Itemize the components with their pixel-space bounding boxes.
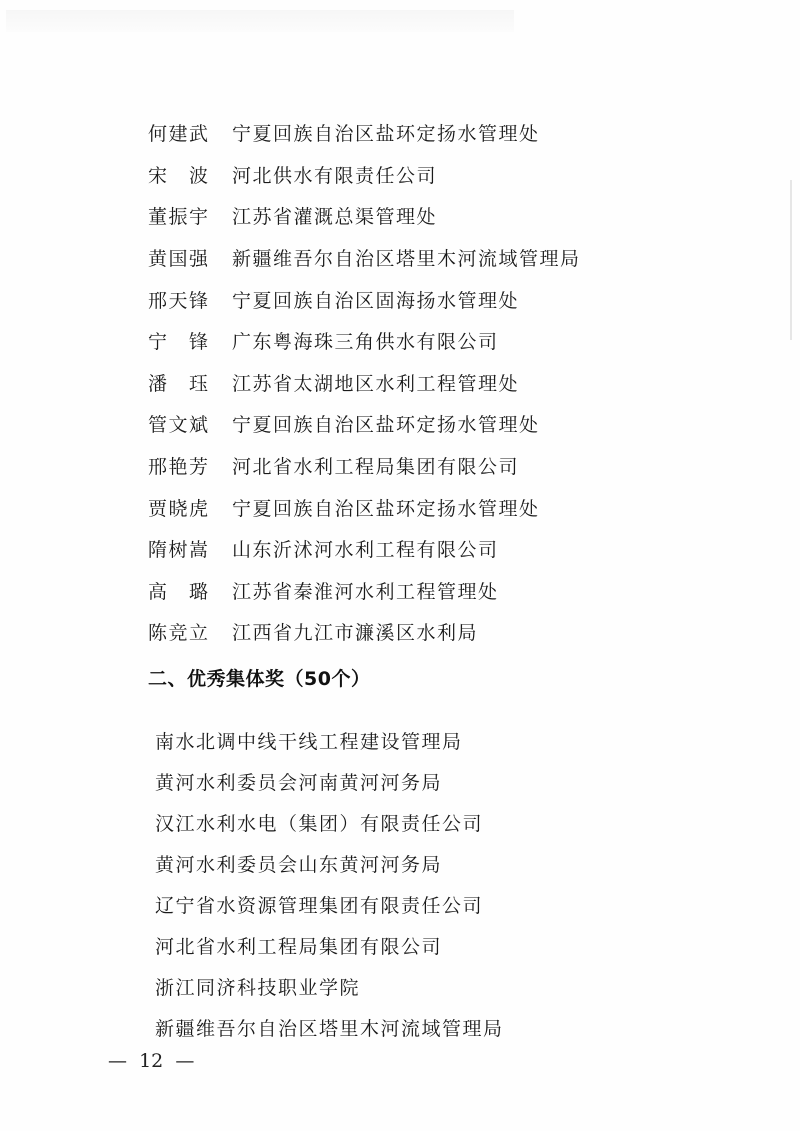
page-number: — 12 — — [108, 1050, 194, 1072]
person-name: 邢艳芳 — [148, 452, 232, 479]
person-organization: 山东沂沭河水利工程有限公司 — [232, 535, 499, 562]
list-item: 南水北调中线干线工程建设管理局 — [155, 720, 715, 761]
list-item: 黄河水利委员会河南黄河河务局 — [155, 761, 715, 802]
person-name: 管文斌 — [148, 410, 232, 437]
person-organization: 江苏省秦淮河水利工程管理处 — [232, 577, 499, 604]
person-organization: 宁夏回族自治区盐环定扬水管理处 — [232, 494, 540, 521]
person-organization: 新疆维吾尔自治区塔里木河流域管理局 — [232, 244, 581, 271]
person-name: 黄国强 — [148, 244, 232, 271]
list-item: 宋 波 河北供水有限责任公司 — [148, 154, 708, 196]
person-name: 宁 锋 — [148, 327, 232, 354]
person-name: 隋树嵩 — [148, 535, 232, 562]
list-item: 潘 珏 江苏省太湖地区水利工程管理处 — [148, 362, 708, 404]
person-organization: 宁夏回族自治区盐环定扬水管理处 — [232, 410, 540, 437]
list-item: 邢艳芳 河北省水利工程局集团有限公司 — [148, 445, 708, 487]
person-organization: 广东粤海珠三角供水有限公司 — [232, 327, 499, 354]
person-organization: 河北供水有限责任公司 — [232, 161, 437, 188]
list-item: 何建武 宁夏回族自治区盐环定扬水管理处 — [148, 112, 708, 154]
person-organization: 宁夏回族自治区固海扬水管理处 — [232, 286, 519, 313]
document-page: 何建武 宁夏回族自治区盐环定扬水管理处 宋 波 河北供水有限责任公司 董振宇 江… — [0, 0, 800, 1131]
list-item: 黄国强 新疆维吾尔自治区塔里木河流域管理局 — [148, 237, 708, 279]
person-organization: 江苏省灌溉总渠管理处 — [232, 202, 437, 229]
person-name: 董振宇 — [148, 202, 232, 229]
person-name: 何建武 — [148, 119, 232, 146]
list-item: 浙江同济科技职业学院 — [155, 966, 715, 1007]
list-item: 隋树嵩 山东沂沭河水利工程有限公司 — [148, 528, 708, 570]
list-item: 董振宇 江苏省灌溉总渠管理处 — [148, 195, 708, 237]
list-item: 宁 锋 广东粤海珠三角供水有限公司 — [148, 320, 708, 362]
list-item: 贾晓虎 宁夏回族自治区盐环定扬水管理处 — [148, 486, 708, 528]
list-item: 河北省水利工程局集团有限公司 — [155, 925, 715, 966]
list-item: 辽宁省水资源管理集团有限责任公司 — [155, 884, 715, 925]
person-organization: 江苏省太湖地区水利工程管理处 — [232, 369, 519, 396]
list-item: 陈竞立 江西省九江市濂溪区水利局 — [148, 611, 708, 653]
list-item: 管文斌 宁夏回族自治区盐环定扬水管理处 — [148, 403, 708, 445]
person-name: 陈竞立 — [148, 618, 232, 645]
person-name: 高 璐 — [148, 577, 232, 604]
list-item: 汉江水利水电（集团）有限责任公司 — [155, 802, 715, 843]
scan-right-edge — [790, 180, 792, 340]
list-item: 高 璐 江苏省秦淮河水利工程管理处 — [148, 570, 708, 612]
collective-award-list: 南水北调中线干线工程建设管理局 黄河水利委员会河南黄河河务局 汉江水利水电（集团… — [155, 720, 715, 1048]
person-organization: 宁夏回族自治区盐环定扬水管理处 — [232, 119, 540, 146]
list-item: 新疆维吾尔自治区塔里木河流域管理局 — [155, 1007, 715, 1048]
individual-award-list: 何建武 宁夏回族自治区盐环定扬水管理处 宋 波 河北供水有限责任公司 董振宇 江… — [148, 112, 708, 653]
person-name: 贾晓虎 — [148, 494, 232, 521]
list-item: 黄河水利委员会山东黄河河务局 — [155, 843, 715, 884]
section-heading: 二、优秀集体奖（50个） — [148, 664, 370, 691]
person-name: 潘 珏 — [148, 369, 232, 396]
person-name: 宋 波 — [148, 161, 232, 188]
person-organization: 江西省九江市濂溪区水利局 — [232, 618, 478, 645]
scan-top-edge — [6, 10, 514, 32]
list-item: 邢天锋 宁夏回族自治区固海扬水管理处 — [148, 278, 708, 320]
person-name: 邢天锋 — [148, 286, 232, 313]
person-organization: 河北省水利工程局集团有限公司 — [232, 452, 519, 479]
